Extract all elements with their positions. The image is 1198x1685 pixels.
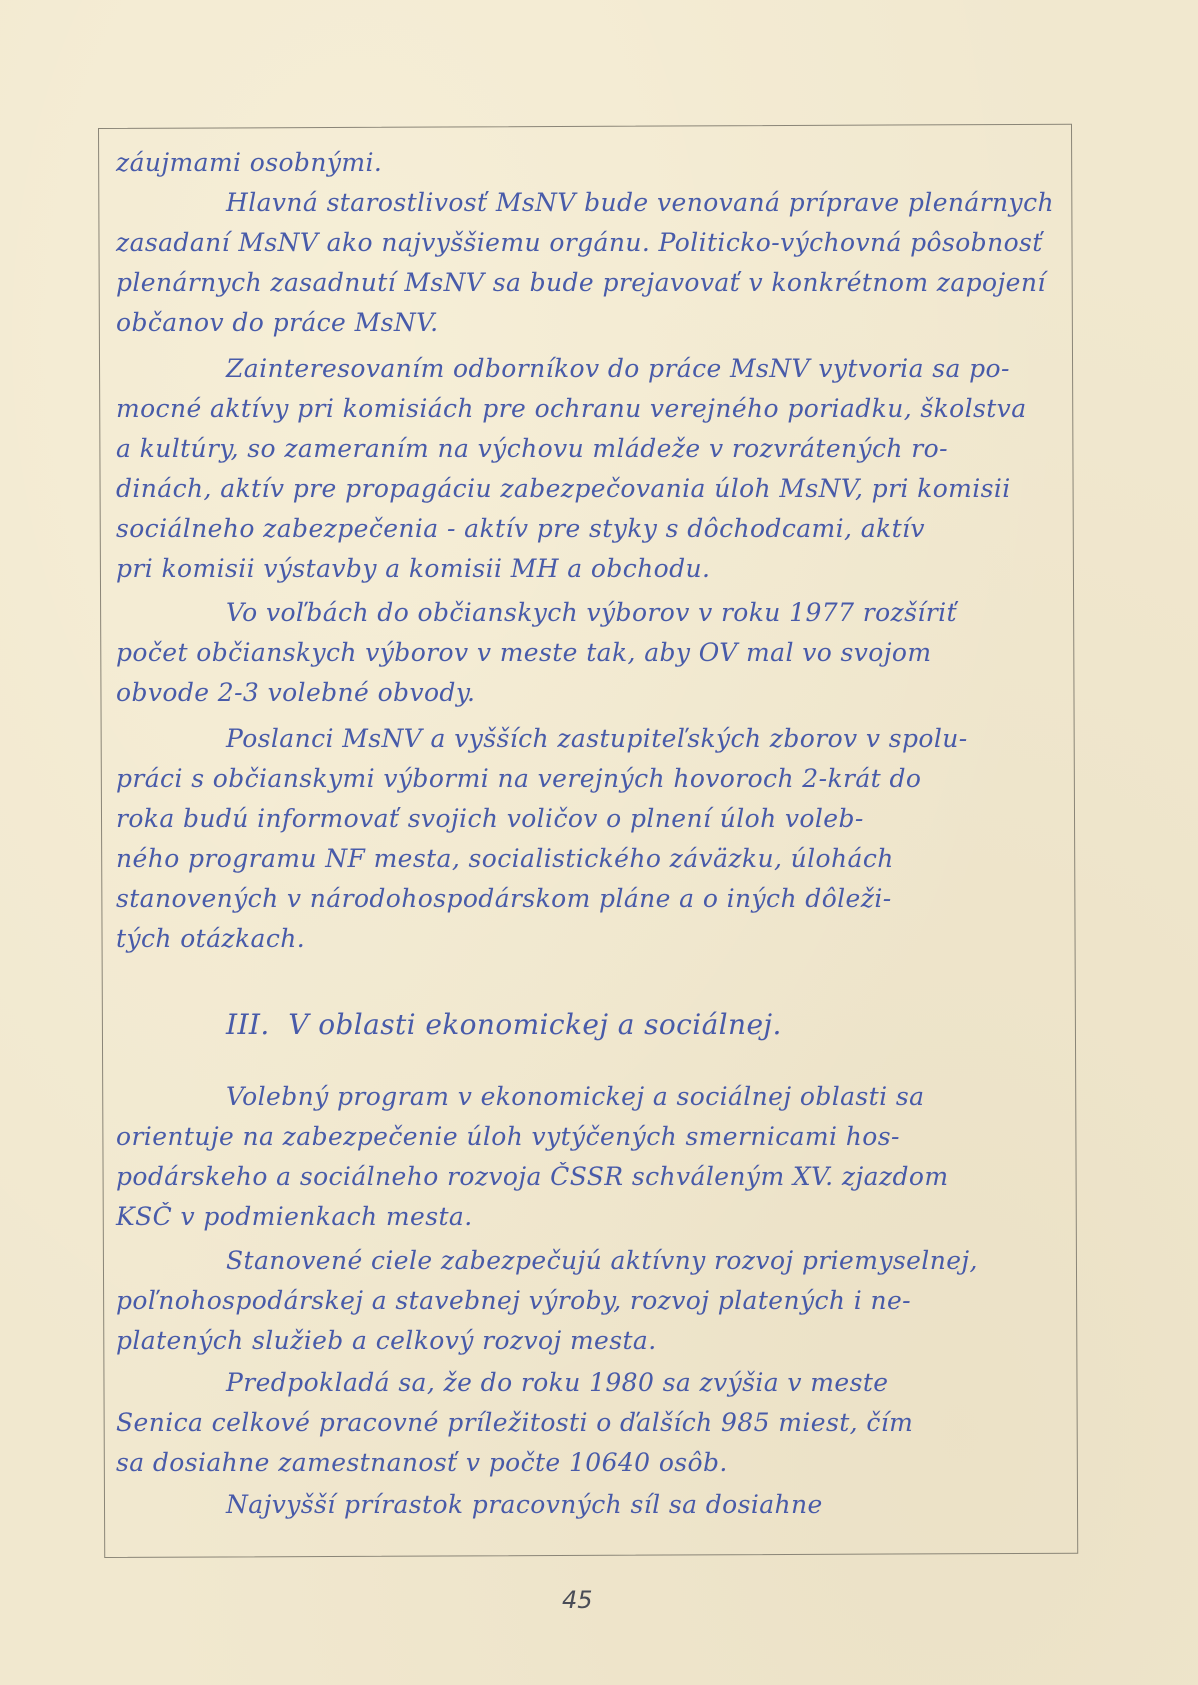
text-line: Poslanci MsNV a vyšších zastupiteľských … bbox=[226, 724, 968, 753]
section-numeral: III. bbox=[226, 1008, 270, 1041]
page-number: 45 bbox=[562, 1586, 593, 1614]
section-title: V oblasti ekonomickej a sociálnej. bbox=[288, 1008, 782, 1041]
text-line: roka budú informovať svojich voličov o p… bbox=[116, 804, 864, 833]
text-line: sa dosiahne zamestnanosť v počte 10640 o… bbox=[116, 1448, 728, 1477]
text-line: ného programu NF mesta, socialistického … bbox=[116, 844, 894, 873]
text-line: mocné aktívy pri komisiách pre ochranu v… bbox=[116, 394, 1027, 423]
text-line: stanovených v národohospodárskom pláne a… bbox=[116, 884, 892, 913]
text-line: Vo voľbách do občianskych výborov v roku… bbox=[226, 598, 957, 627]
text-line: Najvyšší prírastok pracovných síl sa dos… bbox=[226, 1490, 823, 1519]
text-line: dinách, aktív pre propagáciu zabezpečova… bbox=[116, 474, 1011, 503]
text-line: obvode 2-3 volebné obvody. bbox=[116, 678, 475, 707]
text-line: orientuje na zabezpečenie úloh vytýčenýc… bbox=[116, 1122, 900, 1151]
text-line: občanov do práce MsNV. bbox=[116, 308, 439, 337]
text-line: Zainteresovaním odborníkov do práce MsNV… bbox=[226, 354, 1010, 383]
text-line: záujmami osobnými. bbox=[116, 148, 382, 177]
text-line: Hlavná starostlivosť MsNV bude venovaná … bbox=[226, 188, 1054, 217]
text-line: práci s občianskymi výbormi na verejných… bbox=[116, 764, 921, 793]
text-line: Senica celkové pracovné príležitosti o ď… bbox=[116, 1408, 913, 1437]
section-heading: III. V oblasti ekonomickej a sociálnej. bbox=[226, 1008, 782, 1041]
text-line: počet občianskych výborov v meste tak, a… bbox=[116, 638, 931, 667]
text-line: Predpokladá sa, že do roku 1980 sa zvýši… bbox=[226, 1368, 888, 1397]
text-line: Volebný program v ekonomickej a sociálne… bbox=[226, 1082, 924, 1111]
text-line: KSČ v podmienkach mesta. bbox=[116, 1202, 473, 1231]
text-line: sociálneho zabezpečenia - aktív pre styk… bbox=[116, 514, 925, 543]
text-line: pri komisii výstavby a komisii MH a obch… bbox=[116, 554, 710, 583]
text-line: tých otázkach. bbox=[116, 924, 305, 953]
text-line: a kultúry, so zameraním na výchovu mláde… bbox=[116, 434, 948, 463]
text-line: Stanovené ciele zabezpečujú aktívny rozv… bbox=[226, 1246, 978, 1275]
text-line: zasadaní MsNV ako najvyššiemu orgánu. Po… bbox=[116, 228, 1043, 257]
text-line: podárskeho a sociálneho rozvoja ČSSR sch… bbox=[116, 1162, 948, 1191]
text-line: plenárnych zasadnutí MsNV sa bude prejav… bbox=[116, 268, 1046, 297]
document-page: záujmami osobnými.Hlavná starostlivosť M… bbox=[0, 0, 1198, 1685]
text-line: platených služieb a celkový rozvoj mesta… bbox=[116, 1326, 657, 1355]
text-line: poľnohospodárskej a stavebnej výroby, ro… bbox=[116, 1286, 911, 1315]
